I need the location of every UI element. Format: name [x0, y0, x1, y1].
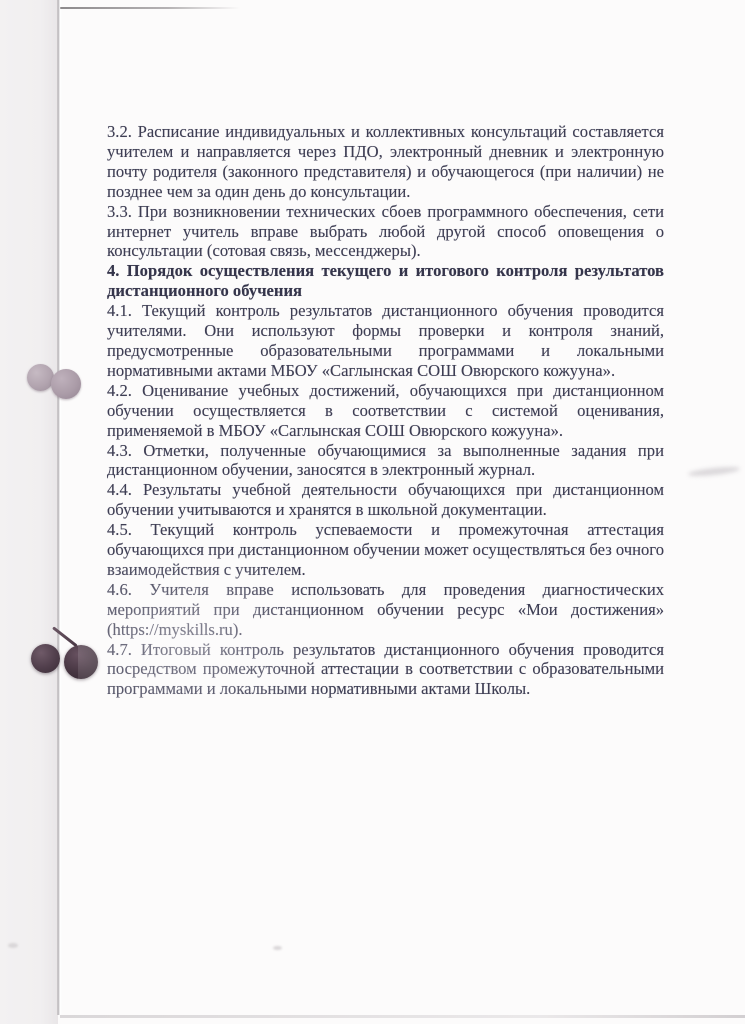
section-heading-4: 4. Порядок осуществления текущего и итог… — [107, 261, 664, 301]
paragraph-4-5: 4.5. Текущий контроль успеваемости и про… — [107, 520, 664, 580]
fastener-disc-icon — [27, 364, 54, 391]
scan-speck — [8, 943, 18, 948]
paragraph-3-3: 3.3. При возникновении технических сбоев… — [107, 202, 664, 262]
scan-speck — [273, 946, 282, 950]
paragraph-3-2: 3.2. Расписание индивидуальных и коллект… — [107, 122, 664, 202]
page-bottom-edge — [60, 1015, 745, 1018]
page-top-edge — [60, 7, 240, 9]
fastener-disc-icon — [31, 644, 60, 673]
binder-fastener-top — [27, 362, 81, 402]
fastener-disc-icon — [64, 645, 98, 679]
paragraph-4-3: 4.3. Отметки, полученные обучающимися за… — [107, 441, 664, 481]
paragraph-4-6: 4.6. Учителя вправе использовать для про… — [107, 580, 664, 640]
binder-fastener-bottom — [31, 628, 101, 680]
paragraph-4-2: 4.2. Оценивание учебных достижений, обуч… — [107, 381, 664, 441]
document-text-block: 3.2. Расписание индивидуальных и коллект… — [107, 122, 664, 699]
fastener-stem — [52, 626, 77, 647]
paragraph-4-7: 4.7. Итоговый контроль результатов диста… — [107, 640, 664, 700]
scan-smudge — [688, 465, 740, 477]
page-fold-line — [57, 0, 60, 1015]
paragraph-4-1: 4.1. Текущий контроль результатов дистан… — [107, 301, 664, 381]
scanned-page: 3.2. Расписание индивидуальных и коллект… — [0, 0, 745, 1024]
paragraph-4-4: 4.4. Результаты учебной деятельности обу… — [107, 480, 664, 520]
fastener-disc-icon — [51, 369, 81, 399]
scan-outer-margin — [0, 0, 58, 1024]
